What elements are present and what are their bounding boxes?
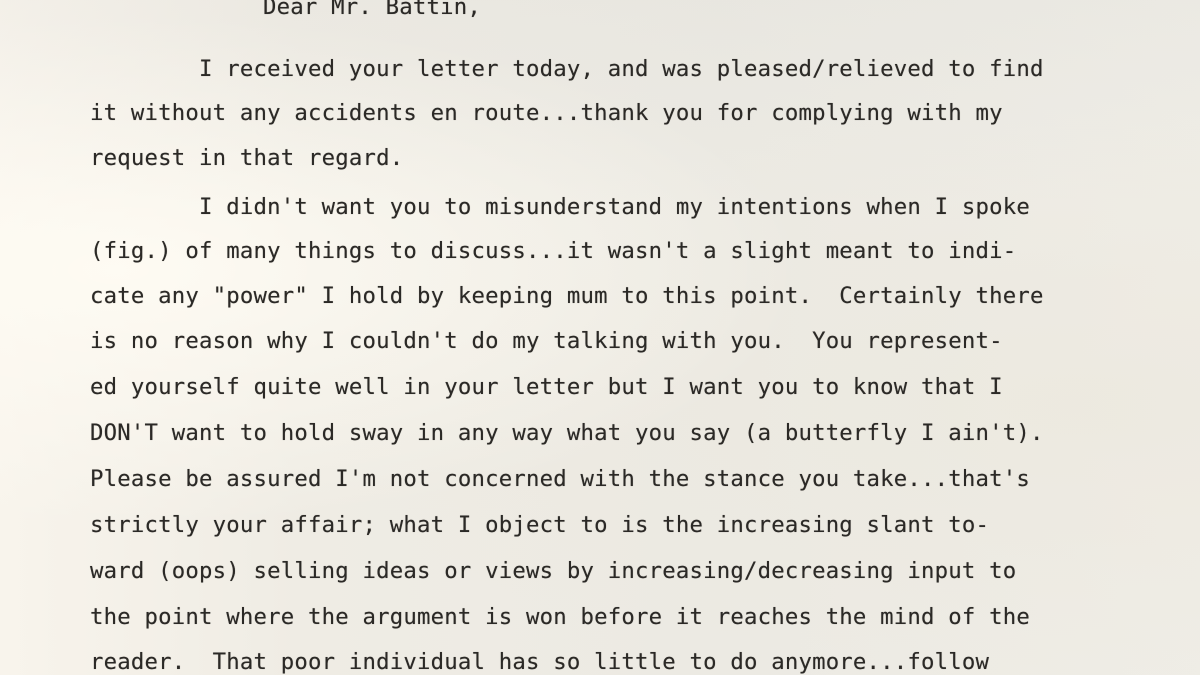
letter-line-5: (fig.) of many things to discuss...it wa… bbox=[90, 240, 1016, 262]
letter-line-2: it without any accidents en route...than… bbox=[90, 102, 1003, 124]
letter-line-9: DON'T want to hold sway in any way what … bbox=[90, 422, 1044, 444]
letter-line-8: ed yourself quite well in your letter bu… bbox=[90, 376, 1003, 398]
letter-line-12: ward (oops) selling ideas or views by in… bbox=[90, 560, 1016, 582]
letter-line-3: request in that regard. bbox=[90, 147, 403, 169]
letter-line-13: the point where the argument is won befo… bbox=[90, 606, 1030, 628]
scanned-letter-page: Dear Mr. Battin, I received your letter … bbox=[0, 0, 1200, 675]
letter-line-1: I received your letter today, and was pl… bbox=[90, 58, 1044, 80]
letter-line-4: I didn't want you to misunderstand my in… bbox=[90, 196, 1030, 218]
salutation: Dear Mr. Battin, bbox=[263, 0, 481, 18]
letter-line-7: is no reason why I couldn't do my talkin… bbox=[90, 330, 1003, 352]
letter-line-11: strictly your affair; what I object to i… bbox=[90, 514, 989, 536]
letter-line-14: reader. That poor individual has so litt… bbox=[90, 651, 989, 673]
letter-line-10: Please be assured I'm not concerned with… bbox=[90, 468, 1030, 490]
letter-line-6: cate any "power" I hold by keeping mum t… bbox=[90, 285, 1044, 307]
